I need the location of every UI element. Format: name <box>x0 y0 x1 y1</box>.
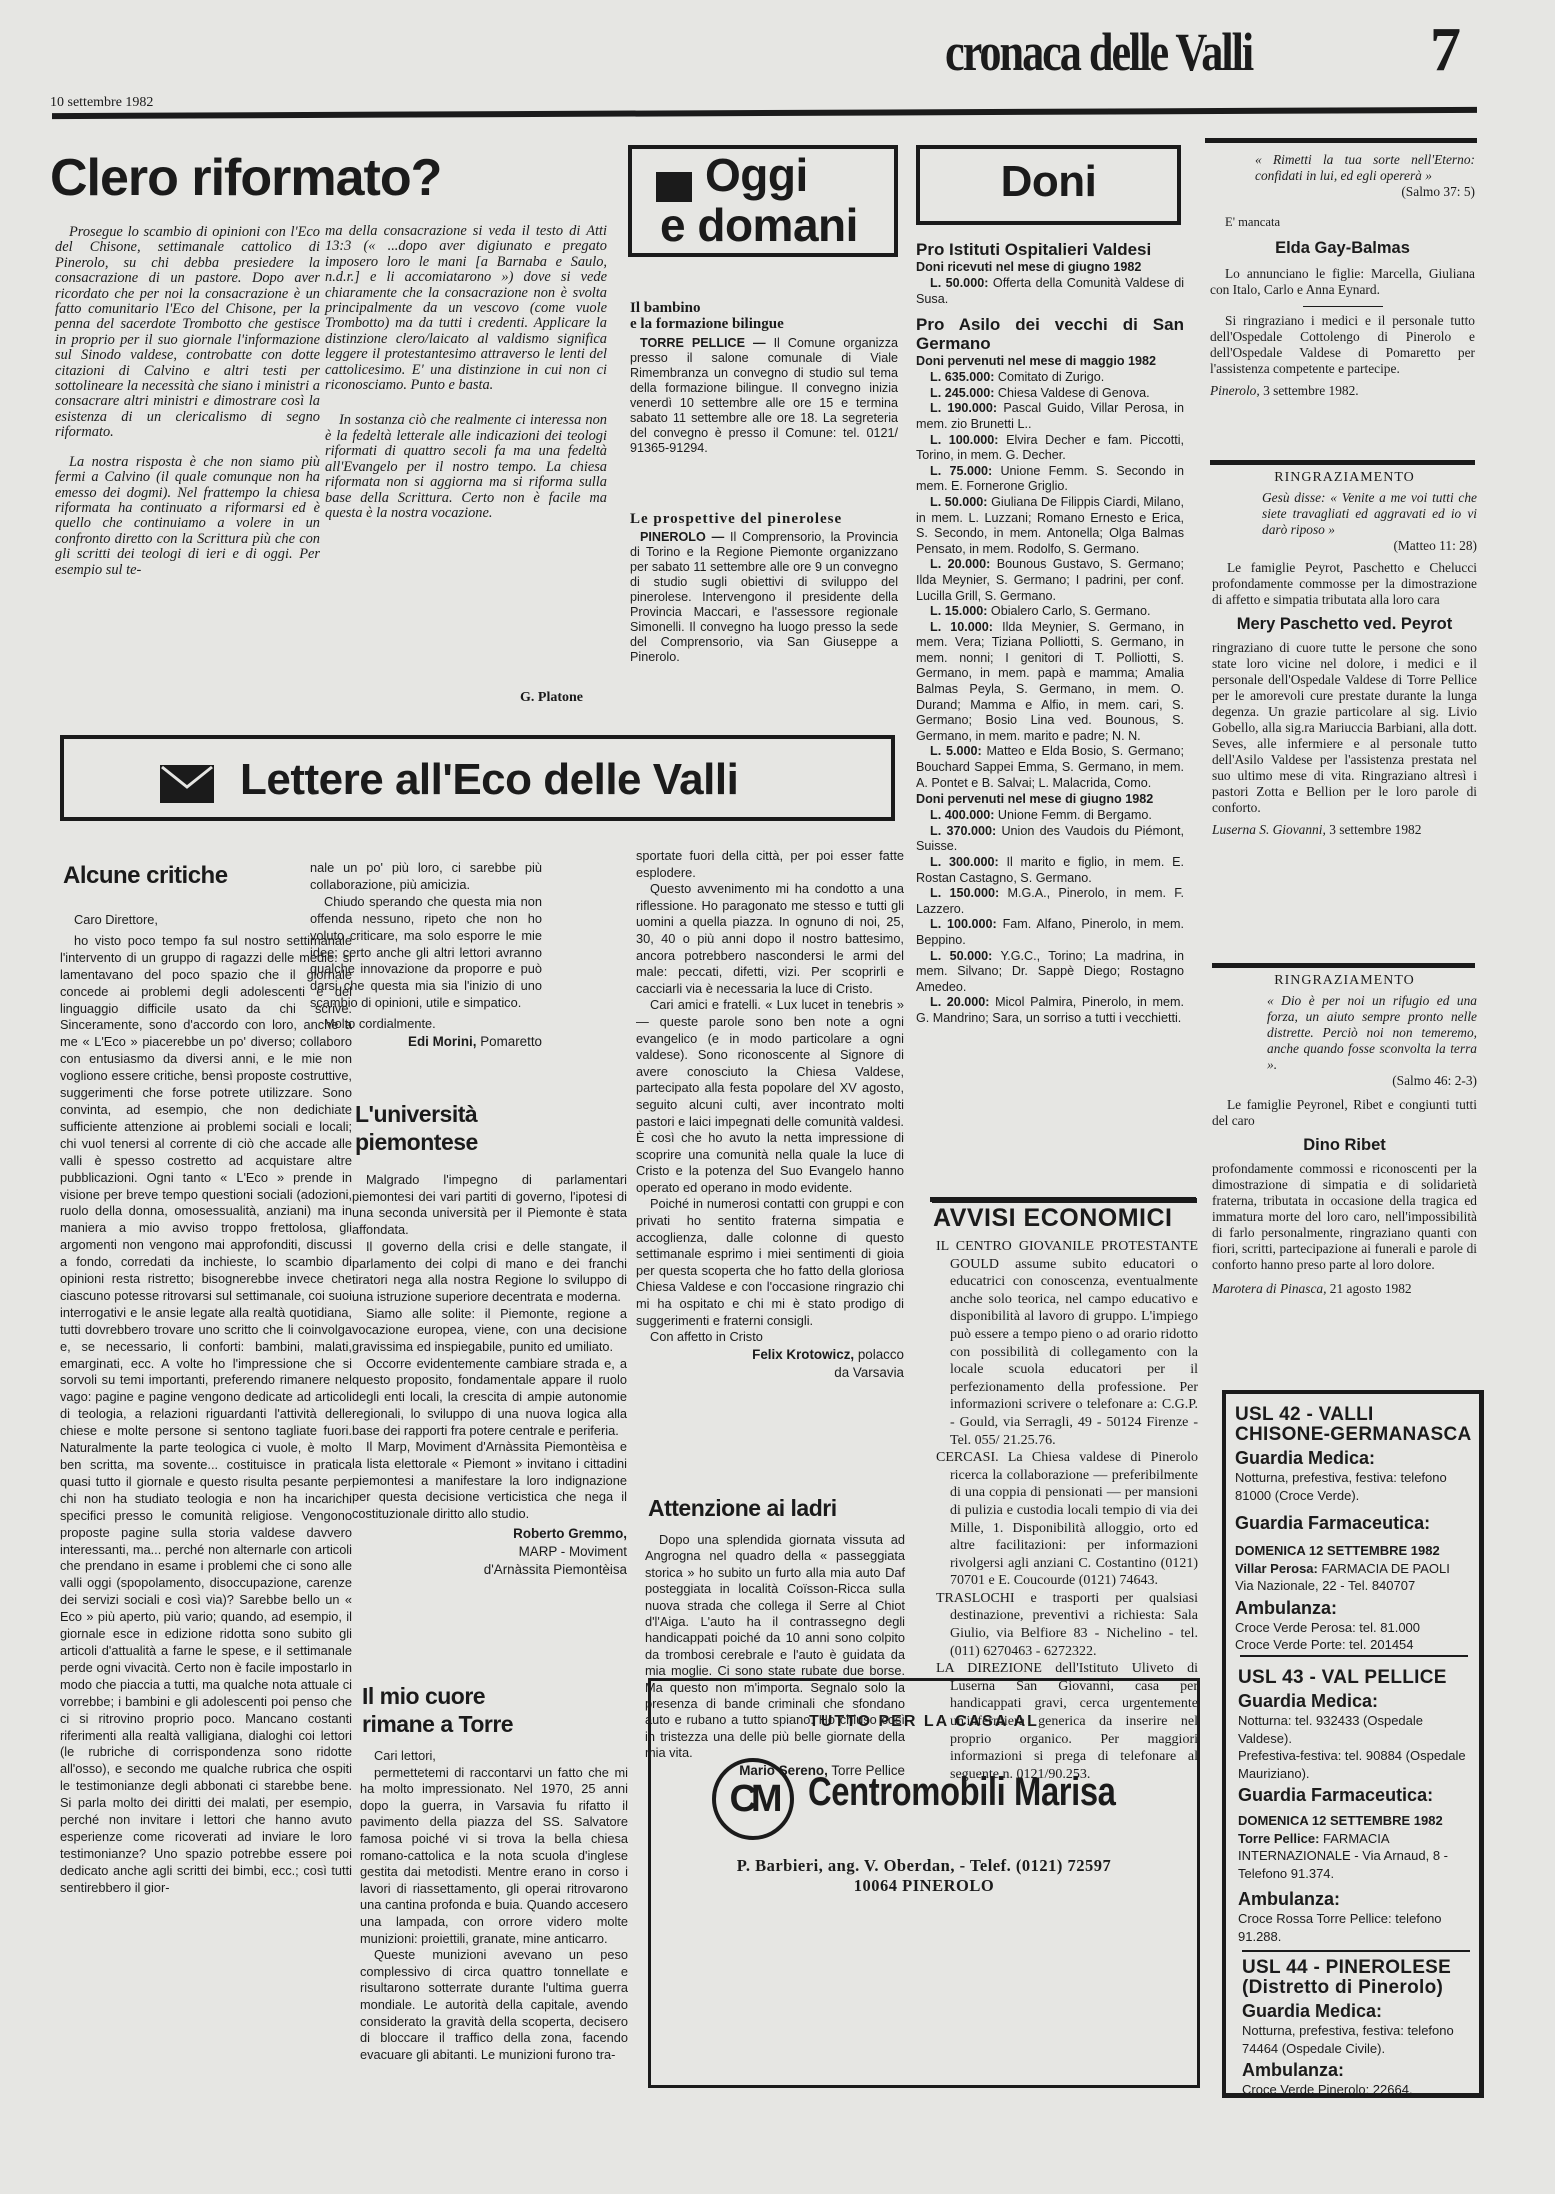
donation-entry: L. 245.000: Chiesa Valdese di Genova. <box>916 386 1184 402</box>
page-number: 7 <box>1430 20 1461 80</box>
doni-title: Doni <box>916 152 1181 212</box>
oggi-item-2: Le prospettive del pinerolese PINEROLO —… <box>630 510 898 665</box>
donation-entry: L. 400.000: Unione Femm. di Bergamo. <box>916 808 1184 824</box>
clero-author: G. Platone <box>520 690 583 706</box>
doni-list: Pro Istituti Ospitalieri Valdesi Doni ri… <box>916 240 1184 1027</box>
cm-logo-icon: CM <box>712 1758 794 1840</box>
masthead-rule <box>52 107 1477 119</box>
alcune-column-2: nale un po' più loro, ci sarebbe più col… <box>310 860 542 1051</box>
section-title: cronaca delle Valli <box>945 22 1252 82</box>
article-title-cuore: Il mio cuore rimane a Torre <box>362 1682 513 1738</box>
clero-column-2: ma della consacrazione si veda il testo … <box>325 224 607 521</box>
lettere-banner-title: Lettere all'Eco delle Valli <box>240 752 738 808</box>
donation-entry: L. 190.000: Pascal Guido, Villar Perosa,… <box>916 401 1184 432</box>
donation-entry: L. 20.000: Bounous Gustavo, S. Germano; … <box>916 557 1184 604</box>
donation-entry: L. 50.000: Y.G.C., Torino; La madrina, i… <box>916 949 1184 996</box>
oggi-title-line2: e domani <box>660 200 858 250</box>
article-title-ladri: Attenzione ai ladri <box>648 1495 837 1522</box>
envelope-icon <box>160 765 214 803</box>
advert-address-2: 10064 PINEROLO <box>648 1876 1200 1896</box>
ad-entry: CERCASI. La Chiesa valdese di Pinerolo r… <box>936 1449 1198 1590</box>
donation-entry: L. 50.000: Offerta della Comunità Valdes… <box>916 276 1184 307</box>
avvisi-title: AVVISI ECONOMICI <box>933 1203 1173 1233</box>
alcune-column-1: Caro Direttore, ho visto poco tempo fa s… <box>60 912 352 1897</box>
donation-entry: L. 20.000: Micol Palmira, Pinerolo, in m… <box>916 995 1184 1026</box>
cuore-column-1: Cari lettori, permettetemi di raccontarv… <box>360 1748 628 2063</box>
necro-rule-1 <box>1210 460 1475 465</box>
right-top-rule <box>1205 138 1477 143</box>
donation-entry: L. 370.000: Union des Vaudois du Piémont… <box>916 824 1184 855</box>
cuore-column-2: sportate fuori della città, per poi esse… <box>636 848 904 1382</box>
advert-address-1: P. Barbieri, ang. V. Oberdan, - Telef. (… <box>648 1856 1200 1876</box>
donation-entry: L. 5.000: Matteo e Elda Bosio, S. German… <box>916 744 1184 791</box>
issue-date: 10 settembre 1982 <box>50 95 153 111</box>
donation-entry: L. 75.000: Unione Femm. S. Secondo in me… <box>916 464 1184 495</box>
usl-44: USL 44 - PINEROLESE (Distretto di Pinero… <box>1242 1958 1474 2099</box>
obituary-elda: « Rimetti la tua sorte nell'Eterno: conf… <box>1210 152 1475 399</box>
obituary-mery: RINGRAZIAMENTO Gesù disse: « Venite a me… <box>1212 470 1477 838</box>
ad-entry: TRASLOCHI e trasporti per qualsiasi dest… <box>936 1590 1198 1660</box>
article-title-alcune: Alcune critiche <box>63 862 228 890</box>
ad-entry: IL CENTRO GIOVANILE PROTESTANTE GOULD as… <box>936 1238 1198 1449</box>
oggi-item-1: Il bambino e la formazione bilingue TORR… <box>630 300 898 456</box>
universita-body: Malgrado l'impegno di parlamentari piemo… <box>352 1172 627 1579</box>
donation-entry: L. 100.000: Fam. Alfano, Pinerolo, in me… <box>916 917 1184 948</box>
usl-divider-1 <box>1240 1655 1468 1657</box>
article-title-universita: L'università piemontese <box>355 1100 478 1156</box>
usl-divider-2 <box>1242 1950 1470 1952</box>
donation-entry: L. 300.000: Il marito e figlio, in mem. … <box>916 855 1184 886</box>
donation-entry: L. 635.000: Comitato di Zurigo. <box>916 370 1184 386</box>
donation-entry: L. 150.000: M.G.A., Pinerolo, in mem. F.… <box>916 886 1184 917</box>
oggi-title-line1: Oggi <box>705 150 808 200</box>
usl-43: USL 43 - VAL PELLICE Guardia Medica: Not… <box>1238 1668 1474 1945</box>
obituary-dino: RINGRAZIAMENTO « Dio è per noi un rifugi… <box>1212 973 1477 1297</box>
advert-tagline: TUTTO PER LA CASA AL <box>648 1713 1200 1731</box>
clero-column-1: Prosegue lo scambio di opinioni con l'Ec… <box>55 225 320 578</box>
usl-42: USL 42 - VALLI CHISONE-GERMANASCA Guardi… <box>1235 1405 1473 1654</box>
donation-entry: L. 15.000: Obialero Carlo, S. Germano. <box>916 604 1184 620</box>
donation-entry: L. 10.000: Ilda Meynier, S. Germano, in … <box>916 620 1184 745</box>
square-bullet-icon <box>656 172 692 202</box>
necro-rule-2 <box>1212 963 1475 968</box>
donation-entry: L. 100.000: Elvira Decher e fam. Piccott… <box>916 433 1184 464</box>
advert-brand: Centromobili Marisa <box>808 1770 1116 1815</box>
article-title-clero: Clero riformato? <box>50 150 441 206</box>
donation-entry: L. 50.000: Giuliana De Filippis Ciardi, … <box>916 495 1184 557</box>
